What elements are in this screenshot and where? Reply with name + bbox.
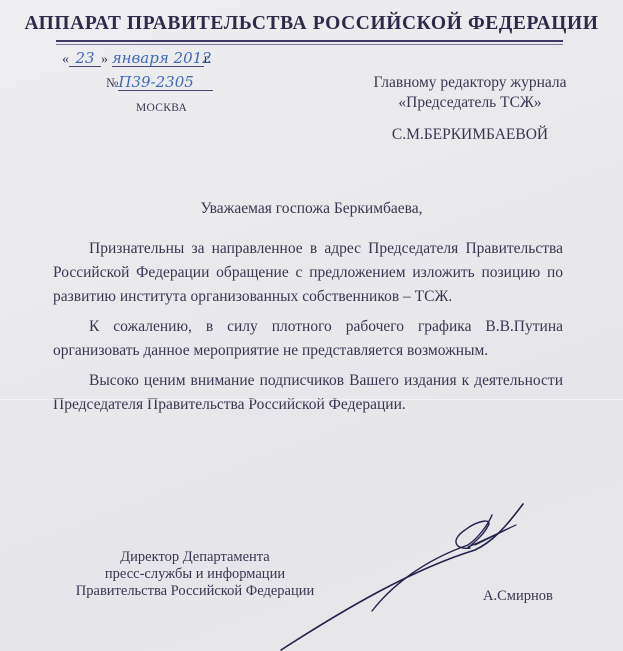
- salutation: Уважаемая госпожа Беркимбаева,: [0, 200, 623, 218]
- letter-body: Признательны за направленное в адрес Пре…: [53, 237, 563, 423]
- recipient-position: Главному редактору журнала: [320, 73, 620, 93]
- date-day: 23: [69, 51, 101, 67]
- signatory-title: Директор Департамента пресс-службы и инф…: [50, 549, 340, 600]
- recipient-publication: «Председатель ТСЖ»: [320, 93, 620, 113]
- date-open-quote: «: [62, 52, 69, 67]
- city: МОСКВА: [136, 102, 187, 114]
- paper-fold-line: [0, 399, 623, 400]
- paragraph-2: К сожалению, в силу плотного рабочего гр…: [53, 315, 563, 363]
- document-number: П39-2305: [118, 75, 213, 91]
- paragraph-3: Высоко ценим внимание подписчиков Вашего…: [53, 369, 563, 417]
- signatory-title-line3: Правительства Российской Федерации: [50, 583, 340, 600]
- signatory-title-line1: Директор Департамента: [50, 549, 340, 566]
- date-close-quote: »: [101, 52, 108, 67]
- recipient-block: Главному редактору журнала «Председатель…: [320, 73, 620, 113]
- letterhead-title: АППАРАТ ПРАВИТЕЛЬСТВА РОССИЙСКОЙ ФЕДЕРАЦ…: [0, 13, 623, 35]
- date-suffix: г.: [204, 52, 212, 67]
- letterhead-rule-thick: [56, 40, 563, 42]
- paragraph-1: Признательны за направленное в адрес Пре…: [53, 237, 563, 309]
- date-month-year: января 2012: [112, 51, 204, 67]
- signatory-name: А.Смирнов: [483, 588, 553, 605]
- number-prefix: №: [106, 75, 118, 90]
- date-line: «23» января 2012г.: [62, 51, 211, 68]
- signatory-title-line2: пресс-службы и информации: [50, 566, 340, 583]
- recipient-name: С.М.БЕРКИМБАЕВОЙ: [320, 126, 620, 144]
- letterhead-rule-thin: [56, 44, 563, 45]
- document-number-line: №П39-2305: [106, 75, 213, 92]
